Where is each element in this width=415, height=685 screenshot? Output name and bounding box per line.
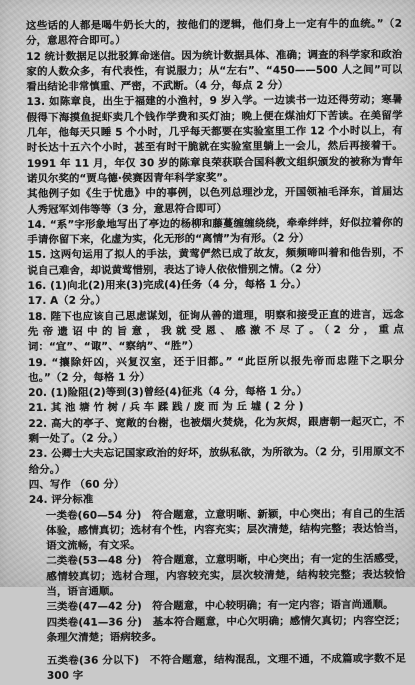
rubric-grade-1: 一类卷(60—54 分) 符合题意，立意明晰、新颖，中心突出；有自己的生活体验，… (46, 506, 405, 554)
answer-continuation-line: 这些话的人都是喝牛奶长大的，按他们的逻辑，他们身上一定有牛的血统。”（2 分，意… (26, 17, 402, 50)
answer-13: 13. 如陈章良，出生于福建的小渔村，9 岁入学。一边读书一边还得劳动；寒暑假得… (26, 93, 403, 187)
answer-13-other-examples: 其他例子如《生于忧患》中的事例，以色列总理沙龙，开国领袖毛泽东，首届达人秀冠军刘… (27, 185, 403, 218)
answer-15: 15. 这两句运用了拟人的手法，黄莺俨然已成了故友，频频啼叫着和他告别，不说自己… (27, 246, 403, 279)
answer-23: 23. 公卿士大夫忘记国家政治的好坏，放纵私欲，为所欲为。（2 分，引用原文不给… (29, 445, 405, 478)
answer-12: 12 统计数据足以批驳算命迷信。因为统计数据具体、准确；调查的科学家和政治家的人… (26, 47, 402, 95)
answer-22: 22. 高大的亭子、宽敞的台榭，也被烟火焚烧，化为灰烬，跟唐朝一起灭亡，不剩一处… (28, 414, 404, 447)
answer-18: 18. 陛下也应该自己思虑谋划，征询从善的道理，明察和接受正直的进言，远念先帝遗… (28, 307, 404, 355)
answer-key-text-block: 这些话的人都是喝牛奶长大的，按他们的逻辑，他们身上一定有牛的血统。”（2 分，意… (26, 17, 406, 587)
answer-19: 19. “攘除奸凶，兴复汉室，还于旧都。” “此臣所以报先帝而忠陛下之职分也。”… (28, 353, 404, 386)
rubric-grade-2: 二类卷(53—48 分) 符合题意，立意明晰，中心突出；有一定的生活感受，感情较… (46, 552, 405, 587)
answer-14: 14. “系”字形象地写出了亭边的杨柳和藤蔓缠缠绕绕，牵牵绊绊，好似拉着你的手请… (27, 216, 403, 249)
scanned-document-page: 这些话的人都是喝牛奶长大的，按他们的逻辑，他们身上一定有牛的血统。”（2 分，意… (0, 0, 415, 587)
